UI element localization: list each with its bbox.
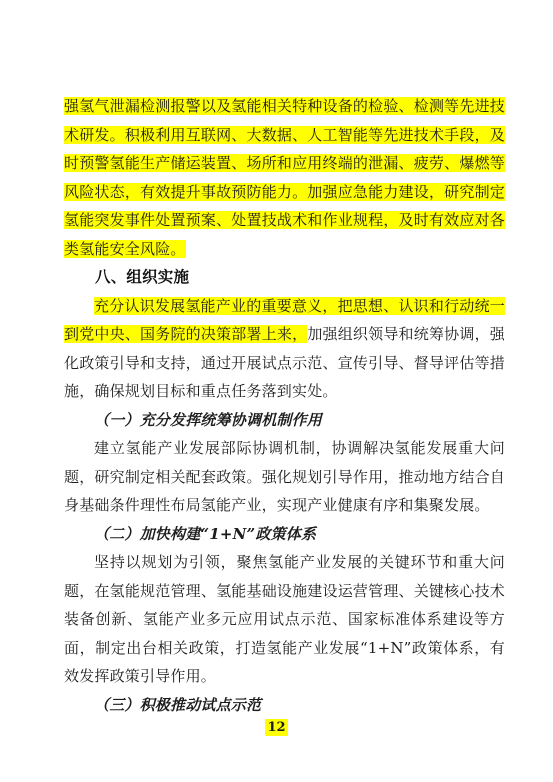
paragraph: 建立氢能产业发展部际协调机制，协调解决氢能发展重大问题，研究制定相关配套政策。强… [64, 434, 505, 520]
page-number: 12 [265, 719, 287, 736]
page-footer: 12 [0, 716, 553, 736]
highlighted-text-run: 强氢气泄漏检测报警以及氢能相关特种设备的检验、检测等先进技术研发。积极利用互联网… [64, 97, 505, 258]
document-page: 强氢气泄漏检测报警以及氢能相关特种设备的检验、检测等先进技术研发。积极利用互联网… [0, 0, 553, 782]
section-heading: 八、组织实施 [64, 263, 505, 292]
document-content: 强氢气泄漏检测报警以及氢能相关特种设备的检验、检测等先进技术研发。积极利用互联网… [64, 92, 505, 719]
sub-heading: （二）加快构建“1+N”政策体系 [64, 520, 505, 549]
sub-heading: （三）积极推动试点示范 [64, 691, 505, 720]
text-run: 建立氢能产业发展部际协调机制，协调解决氢能发展重大问题，研究制定相关配套政策。强… [64, 439, 505, 514]
text-run: 坚持以规划为引领，聚焦氢能产业发展的关键环节和重大问题，在氢能规范管理、氢能基础… [64, 553, 505, 685]
paragraph: 充分认识发展氢能产业的重要意义，把思想、认识和行动统一到党中央、国务院的决策部署… [64, 292, 505, 406]
sub-heading: （一）充分发挥统筹协调机制作用 [64, 406, 505, 435]
paragraph: 坚持以规划为引领，聚焦氢能产业发展的关键环节和重大问题，在氢能规范管理、氢能基础… [64, 548, 505, 691]
paragraph: 强氢气泄漏检测报警以及氢能相关特种设备的检验、检测等先进技术研发。积极利用互联网… [64, 92, 505, 263]
